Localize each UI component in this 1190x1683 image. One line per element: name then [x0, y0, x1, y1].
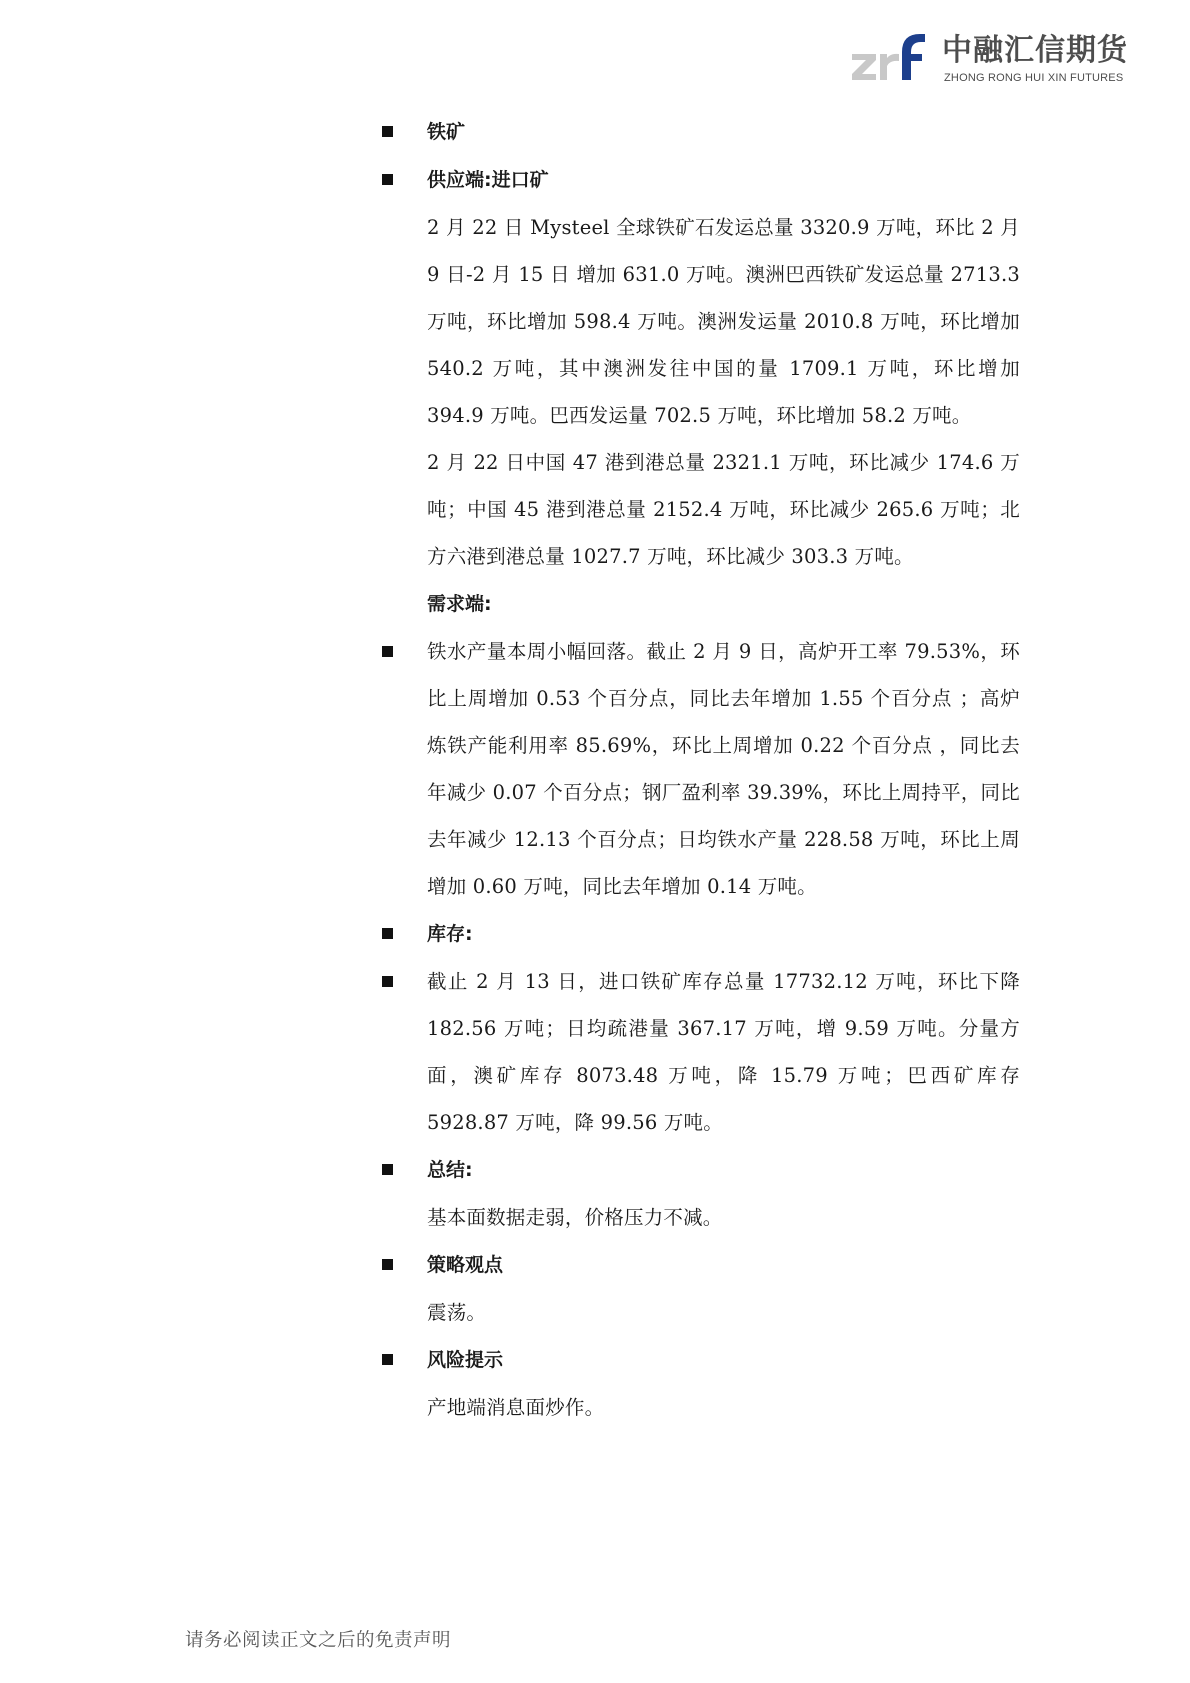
- report-body: 铁矿 供应端:进口矿 2 月 22 日 Mysteel 全球铁矿石发运总量 33…: [380, 108, 1020, 1431]
- logo-chinese-name: 中融汇信期货: [942, 34, 1128, 68]
- square-bullet-icon: [382, 976, 393, 987]
- square-bullet-icon: [382, 646, 393, 657]
- square-bullet-icon: [382, 126, 393, 137]
- strategy-paragraph: 震荡。: [380, 1289, 1020, 1336]
- strategy-heading-row: 策略观点: [380, 1241, 1020, 1289]
- supply-heading: 供应端:进口矿: [427, 169, 549, 191]
- square-bullet-icon: [382, 1164, 393, 1175]
- demand-paragraph-row: 铁水产量本周小幅回落。截止 2 月 9 日，高炉开工率 79.53%，环比上周增…: [380, 628, 1020, 910]
- logo-english-name: ZHONG RONG HUI XIN FUTURES: [944, 72, 1123, 84]
- strategy-heading: 策略观点: [427, 1254, 503, 1276]
- risk-heading-row: 风险提示: [380, 1336, 1020, 1384]
- square-bullet-icon: [382, 928, 393, 939]
- risk-heading: 风险提示: [427, 1349, 503, 1371]
- square-bullet-icon: [382, 1259, 393, 1270]
- company-logo: 中融汇信期货 ZHONG RONG HUI XIN FUTURES: [850, 28, 1120, 88]
- supply-heading-row: 供应端:进口矿: [380, 156, 1020, 204]
- inventory-paragraph-row: 截止 2 月 13 日，进口铁矿库存总量 17732.12 万吨，环比下降 18…: [380, 958, 1020, 1146]
- demand-heading: 需求端:: [427, 593, 492, 615]
- summary-paragraph: 基本面数据走弱，价格压力不减。: [380, 1194, 1020, 1241]
- section-title: 铁矿: [427, 121, 465, 143]
- summary-heading-row: 总结:: [380, 1146, 1020, 1194]
- risk-paragraph: 产地端消息面炒作。: [380, 1384, 1020, 1431]
- demand-paragraph: 铁水产量本周小幅回落。截止 2 月 9 日，高炉开工率 79.53%，环比上周增…: [427, 640, 1020, 898]
- footer-disclaimer: 请务必阅读正文之后的免责声明: [185, 1626, 451, 1652]
- square-bullet-icon: [382, 174, 393, 185]
- square-bullet-icon: [382, 1354, 393, 1365]
- section-title-row: 铁矿: [380, 108, 1020, 156]
- zrf-logo-icon: [850, 28, 926, 88]
- inventory-paragraph: 截止 2 月 13 日，进口铁矿库存总量 17732.12 万吨，环比下降 18…: [427, 970, 1020, 1134]
- summary-heading: 总结:: [427, 1159, 473, 1181]
- inventory-heading: 库存:: [427, 923, 473, 945]
- supply-paragraph-shipments: 2 月 22 日 Mysteel 全球铁矿石发运总量 3320.9 万吨，环比 …: [380, 204, 1020, 439]
- demand-heading-row: 需求端:: [380, 580, 1020, 628]
- supply-paragraph-arrivals: 2 月 22 日中国 47 港到港总量 2321.1 万吨，环比减少 174.6…: [380, 439, 1020, 580]
- inventory-heading-row: 库存:: [380, 910, 1020, 958]
